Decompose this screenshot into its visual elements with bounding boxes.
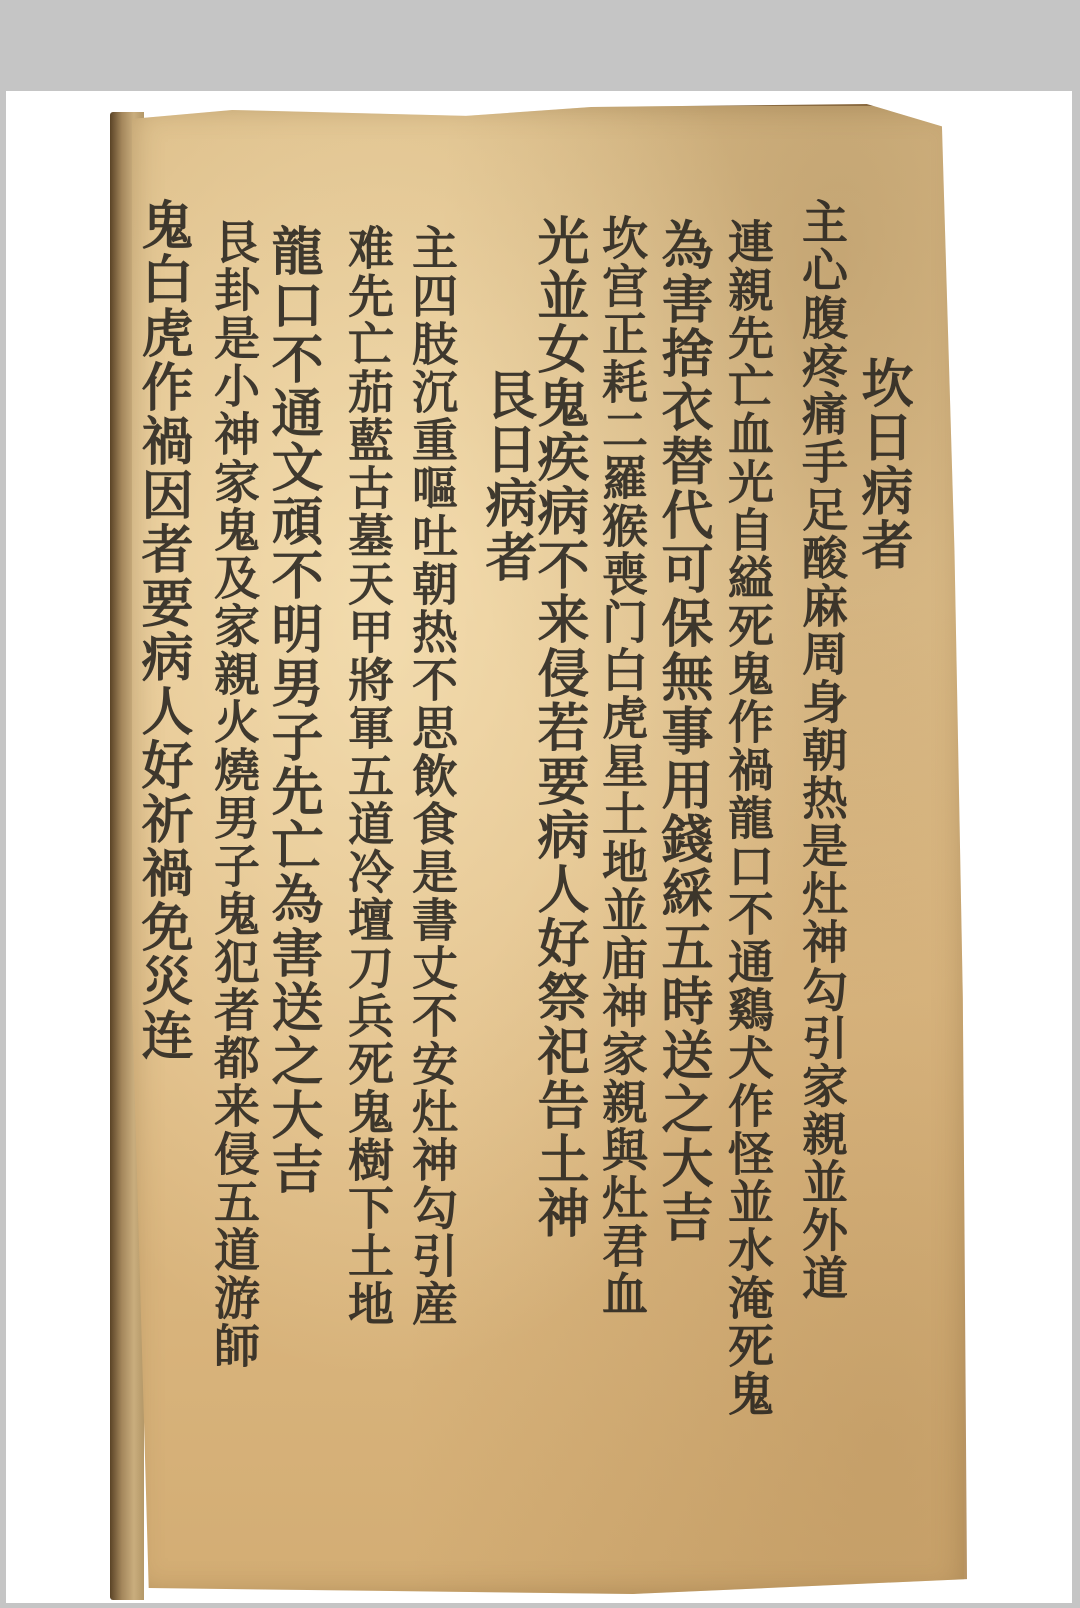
text-column: 光並女鬼疾病不来侵若要病人好祭祀告土神 xyxy=(528,214,588,1240)
text-column: 為害捨衣替代可保無事用錢綵五時送之大吉 xyxy=(652,218,712,1244)
section-heading-kan: 坎日病者 xyxy=(852,356,912,572)
text-column: 主心腹疼痛手足酸麻周身朝热是灶神勾引家親並外道 xyxy=(792,198,852,1302)
text-column: 难先亡茄藍古墓天甲將軍五道冷壇刀兵死鬼樹下土地 xyxy=(338,224,398,1328)
text-column: 主四肢沉重嘔吐朝热不思飲食是書丈不安灶神勾引産 xyxy=(402,224,462,1328)
section-heading-gen: 艮日病者 xyxy=(476,368,536,584)
text-column: 坎宫正耗二羅猴喪门白虎星土地並庙神家親與灶君血 xyxy=(592,214,652,1318)
text-column: 連親先亡血光自縊死鬼作禍龍口不通鷄犬作怪並水淹死鬼 xyxy=(718,218,778,1418)
text-column: 鬼白虎作禍因者要病人好祈禍免災连 xyxy=(132,198,192,1062)
manuscript-page: 坎日病者 主心腹疼痛手足酸麻周身朝热是灶神勾引家親並外道 連親先亡血光自縊死鬼作… xyxy=(132,104,967,1594)
text-column: 龍口不通文頑不明男子先亡為害送之大吉 xyxy=(262,224,322,1196)
text-column: 艮卦是小神家鬼及家親火燒男子鬼犯者都来侵五道游師 xyxy=(204,218,264,1370)
